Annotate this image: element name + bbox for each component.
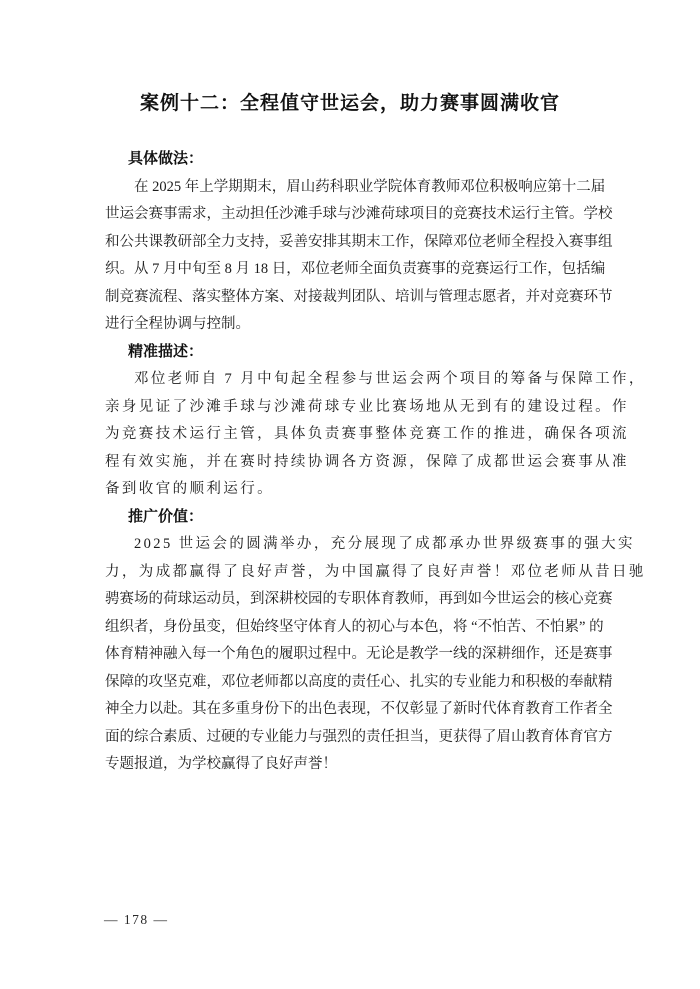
body-line: 制竞赛流程、落实整体方案、对接裁判团队、培训与管理志愿者，并对竞赛环节	[105, 284, 597, 312]
section-heading-precise-description: 精准描述：	[105, 339, 597, 367]
body-line: 体育精神融入每一个角色的履职过程中。无论是教学一线的深耕细作，还是赛事	[105, 641, 597, 669]
body-line: 面的综合素质、过硬的专业能力与强烈的责任担当，更获得了眉山教育体育官方	[105, 724, 597, 752]
body-line: 织。从 7 月中旬至 8 月 18 日，邓位老师全面负责赛事的竞赛运行工作，包括…	[105, 256, 597, 284]
body-line: 2025 世运会的圆满举办，充分展现了成都承办世界级赛事的强大实	[105, 531, 597, 559]
section-heading-specific-practices: 具体做法：	[105, 146, 597, 174]
document-page: 案例十二：全程值守世运会，助力赛事圆满收官 具体做法： 在 2025 年上学期期…	[0, 0, 700, 989]
body-line: 备到收官的顺利运行。	[105, 476, 597, 504]
body-line: 组织者，身份虽变，但始终坚守体育人的初心与本色，将 “不怕苦、不怕累” 的	[105, 614, 597, 642]
body-line: 保障的攻坚克难，邓位老师都以高度的责任心、扎实的专业能力和积极的奉献精	[105, 669, 597, 697]
section-heading-promotion-value: 推广价值：	[105, 504, 597, 532]
body-line: 进行全程协调与控制。	[105, 311, 597, 339]
body-line: 力，为成都赢得了良好声誉，为中国赢得了良好声誉！邓位老师从昔日驰	[105, 559, 597, 587]
body-line: 邓位老师自 7 月中旬起全程参与世运会两个项目的筹备与保障工作，	[105, 366, 597, 394]
page-number: — 178 —	[104, 912, 169, 928]
document-body: 具体做法： 在 2025 年上学期期末，眉山药科职业学院体育教师邓位积极响应第十…	[105, 146, 597, 779]
body-line: 为竞赛技术运行主管，具体负责赛事整体竞赛工作的推进，确保各项流	[105, 421, 597, 449]
body-line: 骋赛场的荷球运动员，到深耕校园的专职体育教师，再到如今世运会的核心竞赛	[105, 586, 597, 614]
body-line: 程有效实施，并在赛时持续协调各方资源，保障了成都世运会赛事从准	[105, 449, 597, 477]
body-line: 世运会赛事需求，主动担任沙滩手球与沙滩荷球项目的竞赛技术运行主管。学校	[105, 201, 597, 229]
body-line: 亲身见证了沙滩手球与沙滩荷球专业比赛场地从无到有的建设过程。作	[105, 394, 597, 422]
body-line: 在 2025 年上学期期末，眉山药科职业学院体育教师邓位积极响应第十二届	[105, 174, 597, 202]
body-line: 专题报道，为学校赢得了良好声誉！	[105, 751, 597, 779]
document-title: 案例十二：全程值守世运会，助力赛事圆满收官	[0, 88, 700, 115]
body-line: 神全力以赴。其在多重身份下的出色表现，不仅彰显了新时代体育教育工作者全	[105, 696, 597, 724]
body-line: 和公共课教研部全力支持，妥善安排其期末工作，保障邓位老师全程投入赛事组	[105, 229, 597, 257]
